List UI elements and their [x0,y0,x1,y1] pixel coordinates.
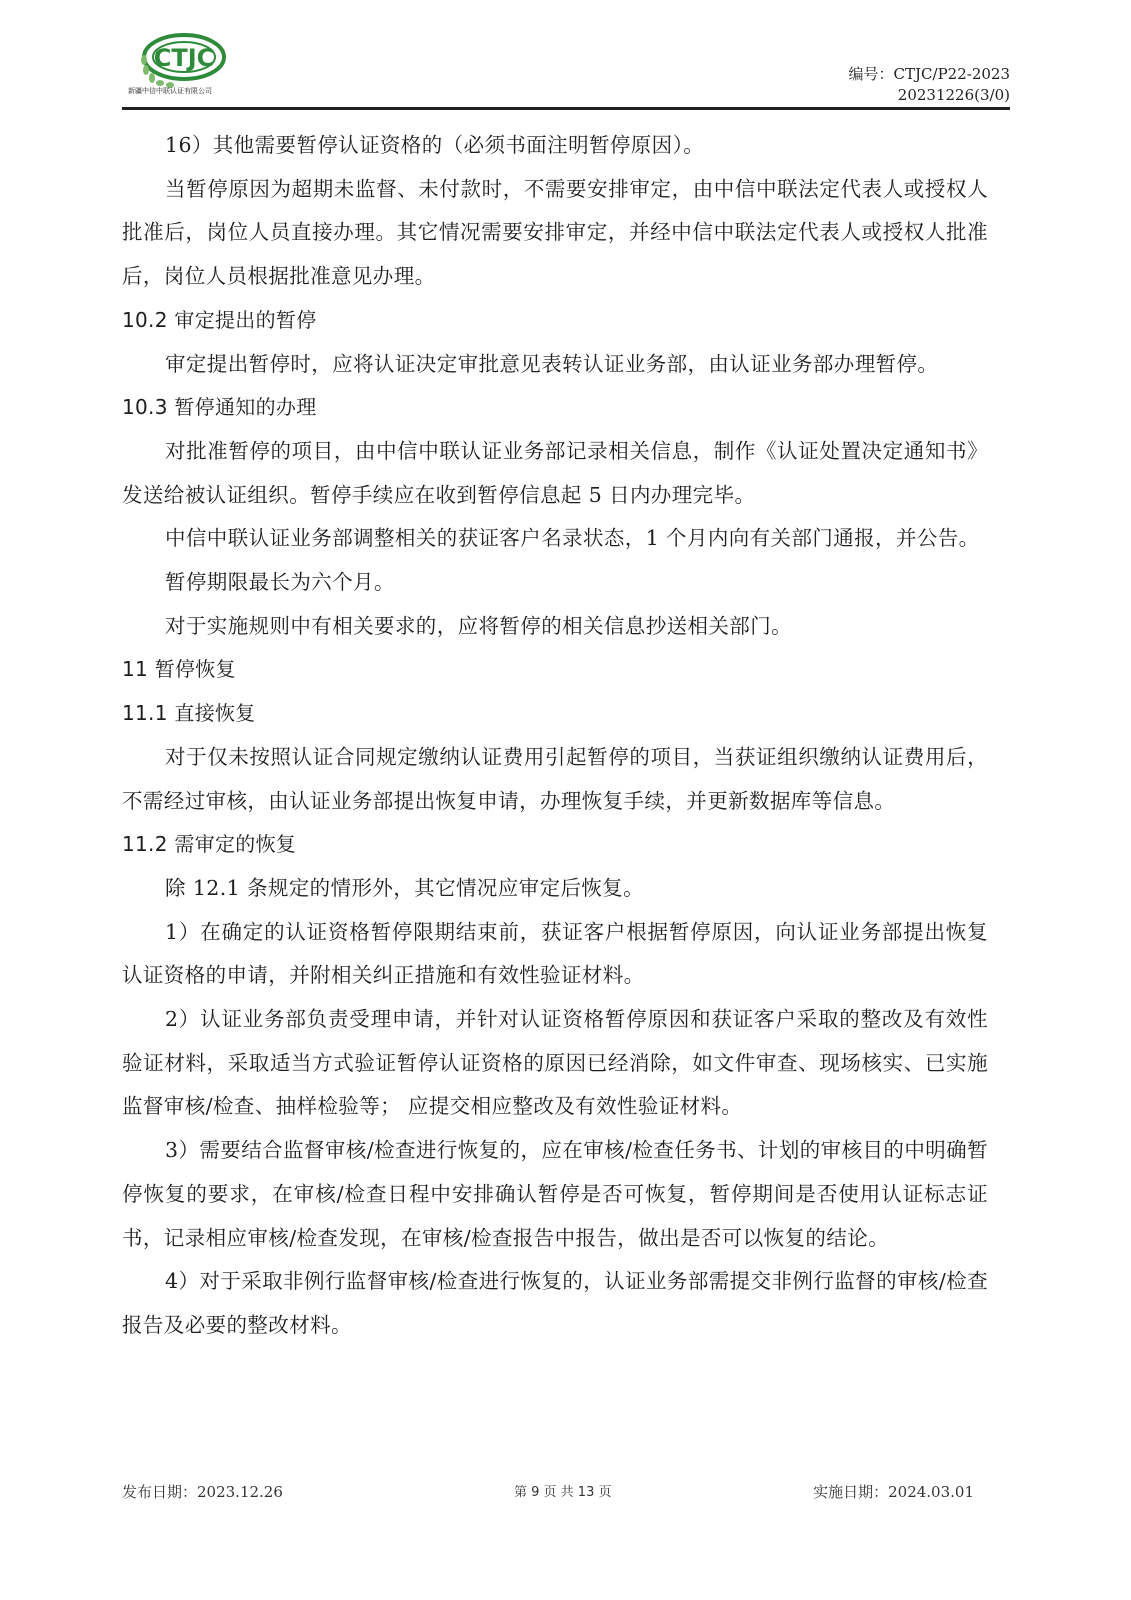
svg-text:CTJC: CTJC [154,44,215,72]
paragraph: 4）对于采取非例行监督审核/检查进行恢复的，认证业务部需提交非例行监督的审核/检… [122,1260,988,1347]
section-heading: 11.2 需审定的恢复 [122,823,988,867]
document-version: 20231226(3/0) [849,85,1010,106]
document-body: 16）其他需要暂停认证资格的（必须书面注明暂停原因）。当暂停原因为超期未监督、未… [122,124,988,1348]
document-number: 编号：CTJC/P22-2023 [849,64,1010,85]
paragraph: 对批准暂停的项目，由中信中联认证业务部记录相关信息，制作《认证处置决定通知书》发… [122,430,988,517]
paragraph: 除 12.1 条规定的情形外，其它情况应审定后恢复。 [122,867,988,911]
paragraph: 对于实施规则中有相关要求的，应将暂停的相关信息抄送相关部门。 [122,605,988,649]
paragraph: 审定提出暂停时，应将认证决定审批意见表转认证业务部，由认证业务部办理暂停。 [122,343,988,387]
ctjc-logo-icon: CTJC [130,30,230,92]
effective-date: 实施日期：2024.03.01 [813,1481,974,1502]
paragraph: 3）需要结合监督审核/检查进行恢复的，应在审核/检查任务书、计划的审核目的中明确… [122,1129,988,1260]
paragraph: 对于仅未按照认证合同规定缴纳认证费用引起暂停的项目，当获证组织缴纳认证费用后，不… [122,736,988,823]
section-heading: 10.3 暂停通知的办理 [122,386,988,430]
paragraph: 暂停期限最长为六个月。 [122,561,988,605]
paragraph: 16）其他需要暂停认证资格的（必须书面注明暂停原因）。 [122,124,988,168]
section-heading: 11 暂停恢复 [122,648,988,692]
paragraph: 中信中联认证业务部调整相关的获证客户名录状态，1 个月内向有关部门通报，并公告。 [122,517,988,561]
document-number-block: 编号：CTJC/P22-2023 20231226(3/0) [849,64,1010,106]
company-name: 新疆中信中联认证有限公司 [128,86,212,96]
paragraph: 2）认证业务部负责受理申请，并针对认证资格暂停原因和获证客户采取的整改及有效性验… [122,998,988,1129]
issue-date: 发布日期：2023.12.26 [122,1481,283,1502]
paragraph: 1）在确定的认证资格暂停限期结束前，获证客户根据暂停原因，向认证业务部提出恢复认… [122,911,988,998]
header-divider [122,107,1010,110]
page-number: 第 9 页 共 13 页 [514,1481,611,1500]
section-heading: 10.2 审定提出的暂停 [122,299,988,343]
paragraph: 当暂停原因为超期未监督、未付款时，不需要安排审定，由中信中联法定代表人或授权人批… [122,168,988,299]
section-heading: 11.1 直接恢复 [122,692,988,736]
page-footer: 发布日期：2023.12.26 第 9 页 共 13 页 实施日期：2024.0… [122,1481,988,1505]
